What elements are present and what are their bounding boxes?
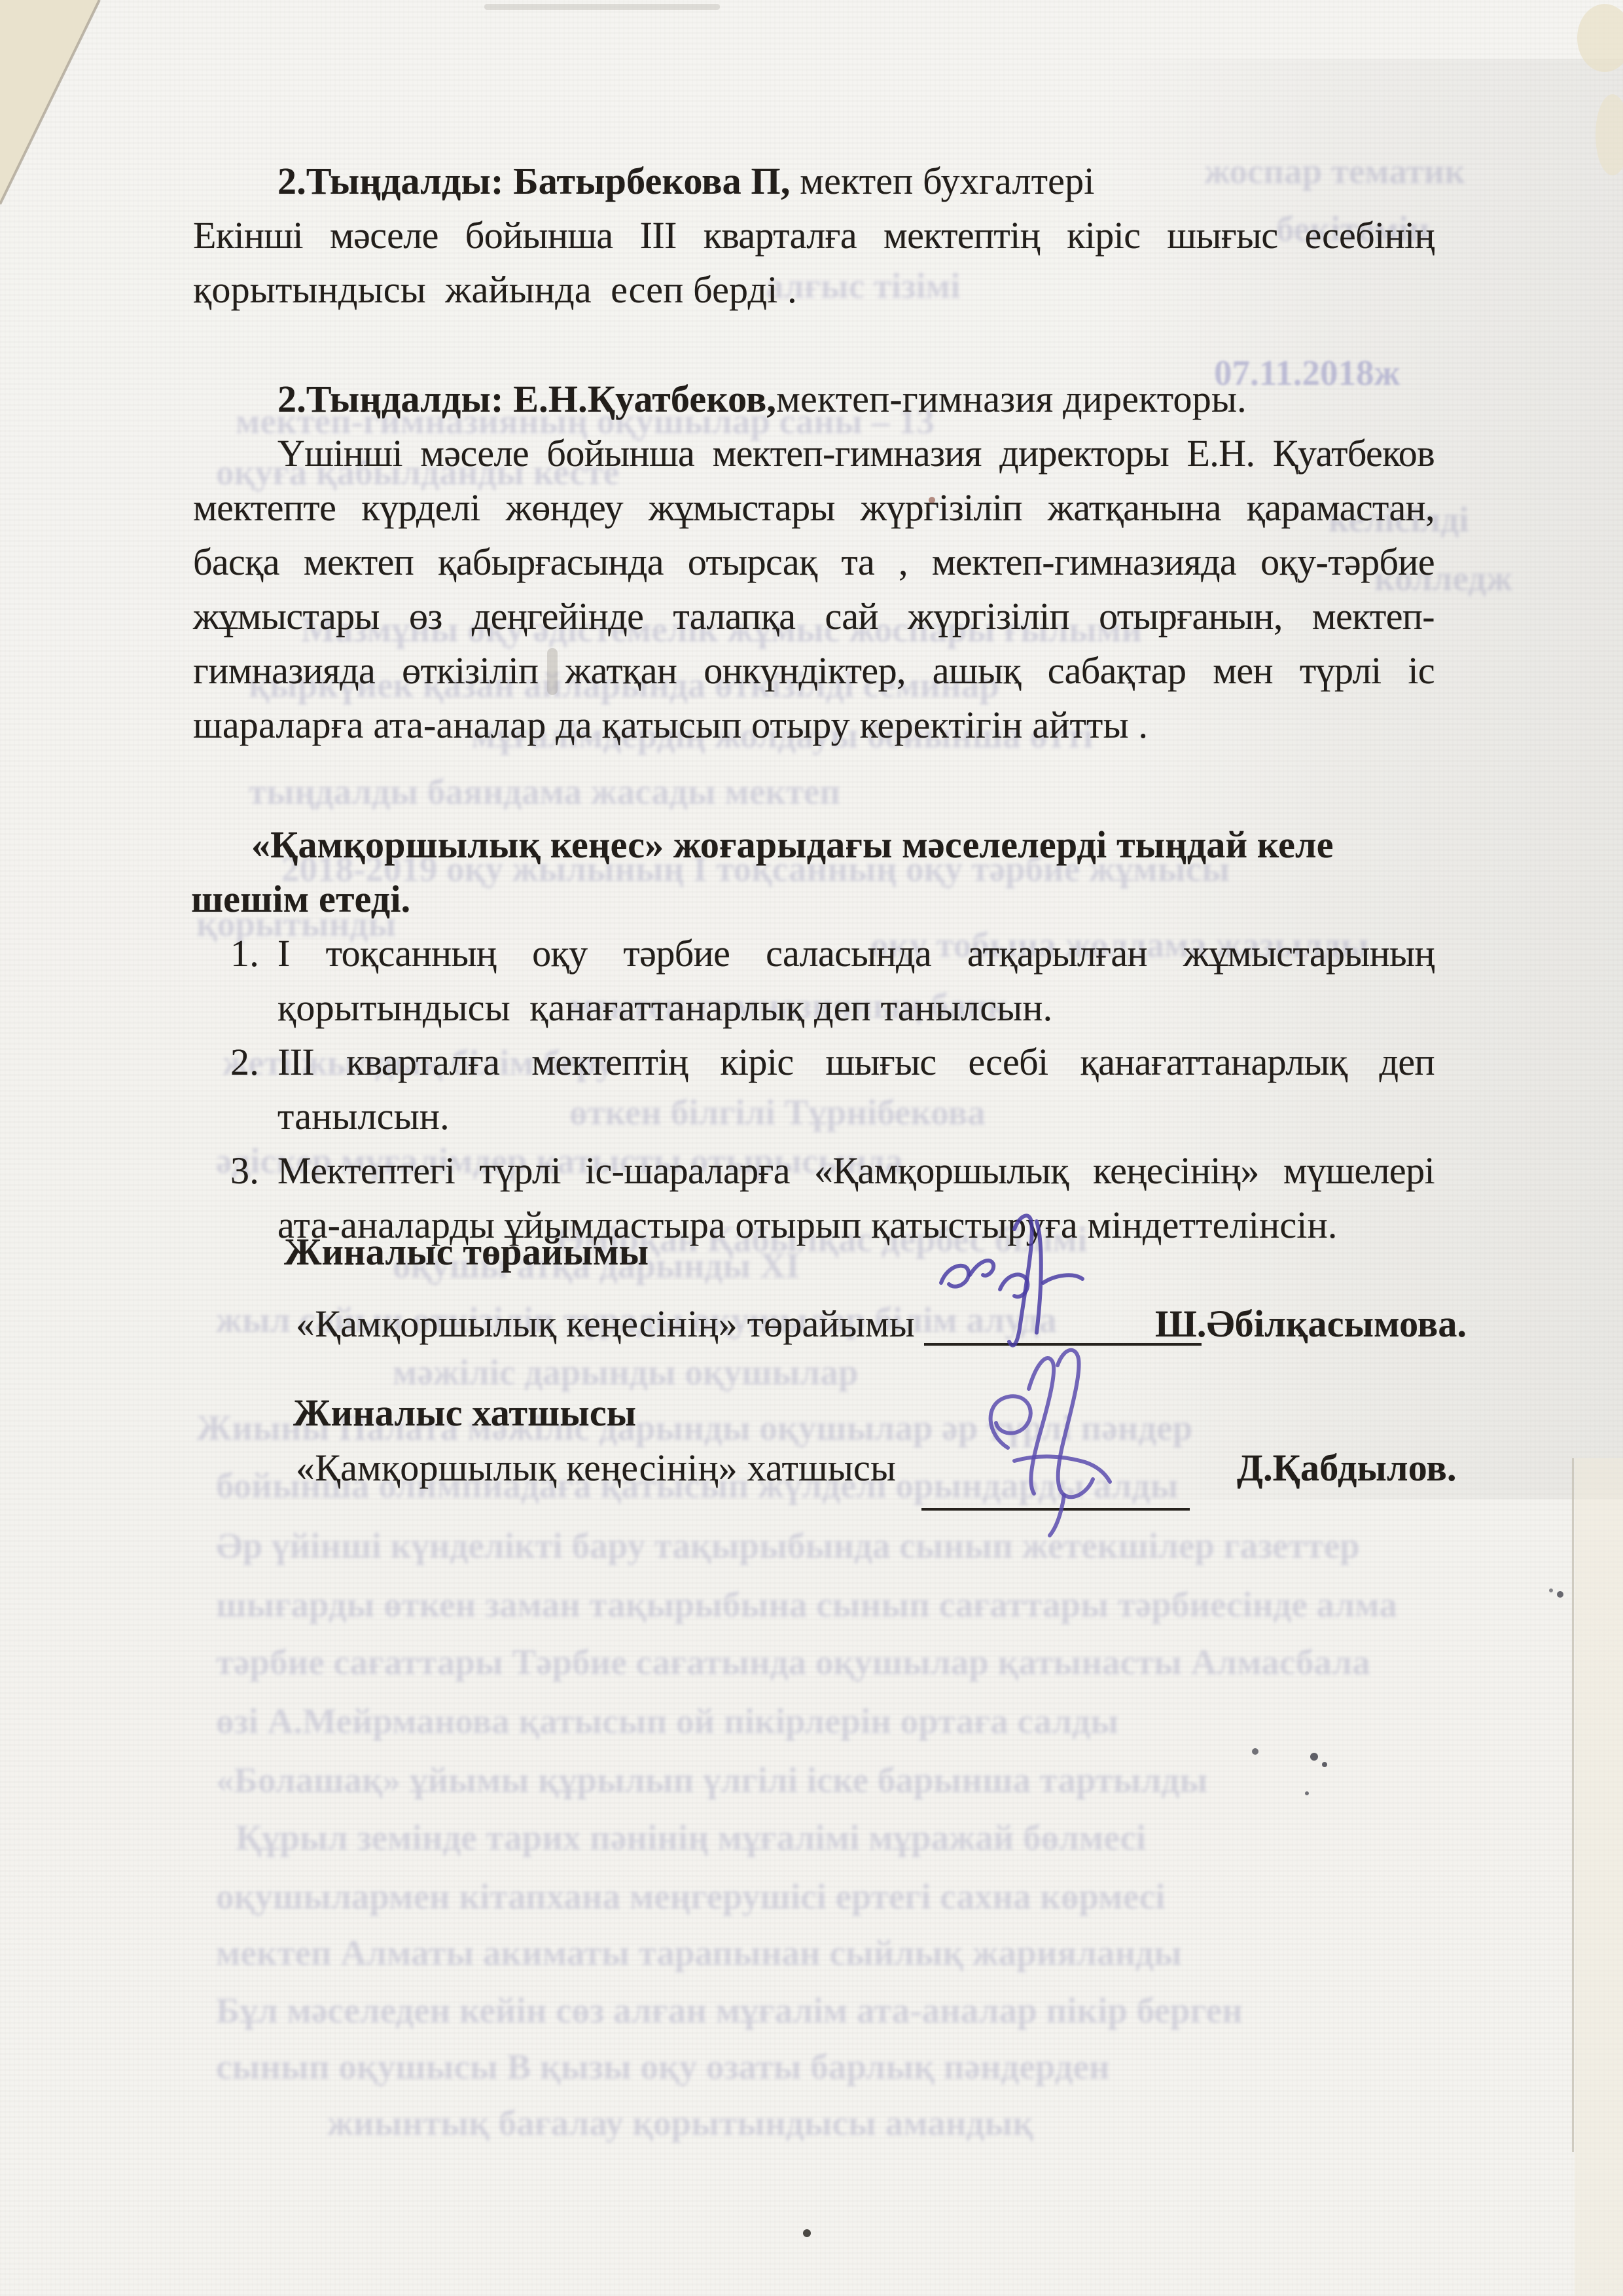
text-run: жұмыстары өз деңгейінде талапқа сай жүрг… xyxy=(193,595,1435,637)
text-line: ІІІ кварталға мектептің кіріс шығыс есеб… xyxy=(277,1040,1435,1084)
ink-speck xyxy=(1305,1791,1309,1795)
text-line: 2. xyxy=(230,1040,259,1084)
corner-wedge xyxy=(0,0,99,204)
text-line: басқа мектеп қабырғасында отырсақ та , м… xyxy=(193,540,1435,584)
bleed-through-ghost-line: Бұл мәселеден кейін сөз алған мұғалім ат… xyxy=(216,1990,1243,2031)
corner-blob-top-right-2 xyxy=(1596,94,1623,175)
ink-speck xyxy=(1310,1753,1318,1761)
bottom-dot xyxy=(803,2229,811,2237)
text-run: ІІІ кварталға мектептің кіріс шығыс есеб… xyxy=(277,1041,1435,1083)
text-line: Мектептегі түрлі іс-шараларға «Қамқоршыл… xyxy=(277,1149,1435,1193)
text-line: Үшінші мәселе бойынша мектеп-гимназия ди… xyxy=(277,431,1435,475)
text-run: І тоқсанның оқу тәрбие саласында атқарыл… xyxy=(277,932,1435,975)
bleed-through-ghost-line: Құрыл земінде тарих пәнінің мұғалімі мұр… xyxy=(236,1817,1146,1858)
text-line: жұмыстары өз деңгейінде талапқа сай жүрг… xyxy=(193,594,1435,638)
ink-speck xyxy=(1549,1588,1553,1592)
signature-ink-secretary xyxy=(916,1336,1178,1546)
text-run-bold: шешім етеді. xyxy=(191,878,410,920)
paper-grain-texture xyxy=(0,0,1623,2296)
text-run: Мектептегі түрлі іс-шараларға «Қамқоршыл… xyxy=(277,1149,1435,1192)
text-run-bold: Жиналыс төрайымы xyxy=(284,1230,649,1273)
signature-ink-chairperson xyxy=(921,1204,1118,1355)
scan-artifacts-layer xyxy=(0,0,1623,2296)
ink-speck xyxy=(1557,1591,1563,1598)
bleed-through-ghost-line: өзі А.Мейрманова қатысып ой пікірлерін о… xyxy=(216,1700,1118,1742)
text-line: мектепте күрделі жөндеу жұмыстары жүргіз… xyxy=(193,486,1435,529)
text-run: «Қамқоршылық кеңесінің» төрайымы xyxy=(296,1302,915,1345)
text-run-bold: «Қамқоршылық кеңес» жоғарыдағы мәселелер… xyxy=(251,823,1334,866)
text-line: Ш.Әбілқасымова. xyxy=(1155,1302,1467,1346)
bleed-through-ghost-line: өткен білгілі Тұрнібекова xyxy=(569,1092,986,1133)
bleed-through-ghost-line: жиынтық бағалау қорытындысы амандық xyxy=(327,2102,1033,2144)
text-run: гимназияда өткізіліп жатқан онкүндіктер,… xyxy=(193,649,1435,692)
text-run: мектеп бухгалтері xyxy=(791,160,1095,202)
text-run-bold: Ш.Әбілқасымова. xyxy=(1155,1302,1467,1345)
text-run-bold: 2.Тыңдалды: Е.Н.Қуатбеков, xyxy=(277,378,776,420)
text-run: мектеп-гимназия директоры. xyxy=(776,378,1247,420)
text-run: Екінші мәселе бойынша ІІІ кварталға мект… xyxy=(193,214,1435,257)
top-edge-smudge xyxy=(484,4,720,10)
text-run: 1. xyxy=(230,932,259,975)
text-line: «Қамқоршылық кеңесінің» хатшысы xyxy=(296,1446,896,1490)
scan-shading-right xyxy=(1099,59,1623,1499)
text-line: қорытындысы жайында есеп берді . xyxy=(193,268,797,312)
text-run: мектепте күрделі жөндеу жұмыстары жүргіз… xyxy=(193,486,1435,529)
bleed-through-ghost-line: «Болашақ» ұйымы құрылып үлгілі іске бары… xyxy=(216,1759,1207,1801)
bleed-through-ghost-line: мәжіліс дарынды оқушылар xyxy=(393,1352,858,1393)
text-line: І тоқсанның оқу тәрбие саласында атқарыл… xyxy=(277,931,1435,975)
ink-speck xyxy=(1322,1762,1327,1767)
text-line: «Қамқоршылық кеңес» жоғарыдағы мәселелер… xyxy=(251,823,1334,867)
text-run: басқа мектеп қабырғасында отырсақ та , м… xyxy=(193,541,1435,583)
text-run: танылсын. xyxy=(277,1095,450,1138)
scanned-document-page: жоспар тематикбекітеміналғыс тізімі07.11… xyxy=(0,0,1623,2296)
text-run: «Қамқоршылық кеңесінің» хатшысы xyxy=(296,1446,896,1489)
corner-blob-top-right-1 xyxy=(1577,4,1623,72)
text-run-bold: Жиналыс хатшысы xyxy=(293,1391,636,1434)
text-line: 3. xyxy=(230,1149,259,1193)
ink-speck xyxy=(1252,1748,1258,1755)
text-line: 2.Тыңдалды: Е.Н.Қуатбеков,мектеп-гимнази… xyxy=(277,377,1247,421)
corner-wedge-edge xyxy=(0,0,99,204)
text-line: Жиналыс төрайымы xyxy=(284,1230,649,1274)
bleed-through-ghost-line: жоспар тематик xyxy=(1204,151,1465,192)
text-line: Жиналыс хатшысы xyxy=(293,1391,636,1435)
bleed-through-ghost-line: тәрбие сағаттары Тәрбие сағатында оқушыл… xyxy=(216,1641,1370,1683)
text-line: гимназияда өткізіліп жатқан онкүндіктер,… xyxy=(193,649,1435,692)
text-run: қорытындысы қанағаттанарлық деп танылсын… xyxy=(277,986,1052,1029)
bleed-through-ghost-line: оқушылармен кітапхана меңгерушісі ертегі… xyxy=(216,1876,1166,1917)
text-line: 1. xyxy=(230,931,259,975)
text-line: танылсын. xyxy=(277,1094,450,1138)
text-run: 2. xyxy=(230,1041,259,1083)
text-line: Д.Қабдылов. xyxy=(1237,1446,1457,1490)
text-line: «Қамқоршылық кеңесінің» төрайымы xyxy=(296,1302,915,1346)
text-line: Екінші мәселе бойынша ІІІ кварталға мект… xyxy=(193,213,1435,257)
bleed-through-ghost-line: Әр үйінші күнделікті бару тақырыбында сы… xyxy=(216,1525,1360,1566)
text-run-bold: 2.Тыңдалды: Батырбекова П, xyxy=(277,160,791,202)
text-run: Үшінші мәселе бойынша мектеп-гимназия ди… xyxy=(277,432,1435,475)
bleed-through-ghost-line: шығарды өткен заман тақырыбына сынып сағ… xyxy=(216,1584,1397,1625)
text-run: шараларға ата-аналар да қатысып отыру ке… xyxy=(193,704,1148,746)
page-edge-strip xyxy=(1575,1458,1623,2296)
text-run-bold: Д.Қабдылов. xyxy=(1237,1446,1457,1489)
text-run: қорытындысы жайында есеп берді . xyxy=(193,268,797,311)
text-line: шешім етеді. xyxy=(191,877,410,921)
text-line: шараларға ата-аналар да қатысып отыру ке… xyxy=(193,703,1148,747)
bleed-through-ghost-line: сынып оқушысы В қызы оқу озаты барлық пә… xyxy=(216,2046,1110,2087)
text-line: 2.Тыңдалды: Батырбекова П, мектеп бухгал… xyxy=(277,159,1095,203)
bleed-through-ghost-line: тыңдалды баяндама жасады мектеп xyxy=(249,771,840,812)
page-edge-line xyxy=(1572,1458,1574,2152)
text-line: қорытындысы қанағаттанарлық деп танылсын… xyxy=(277,986,1052,1030)
bleed-through-ghost-line: мектеп Алматы акиматы тарапынан сыйлық ж… xyxy=(216,1932,1182,1973)
text-run: 3. xyxy=(230,1149,259,1192)
